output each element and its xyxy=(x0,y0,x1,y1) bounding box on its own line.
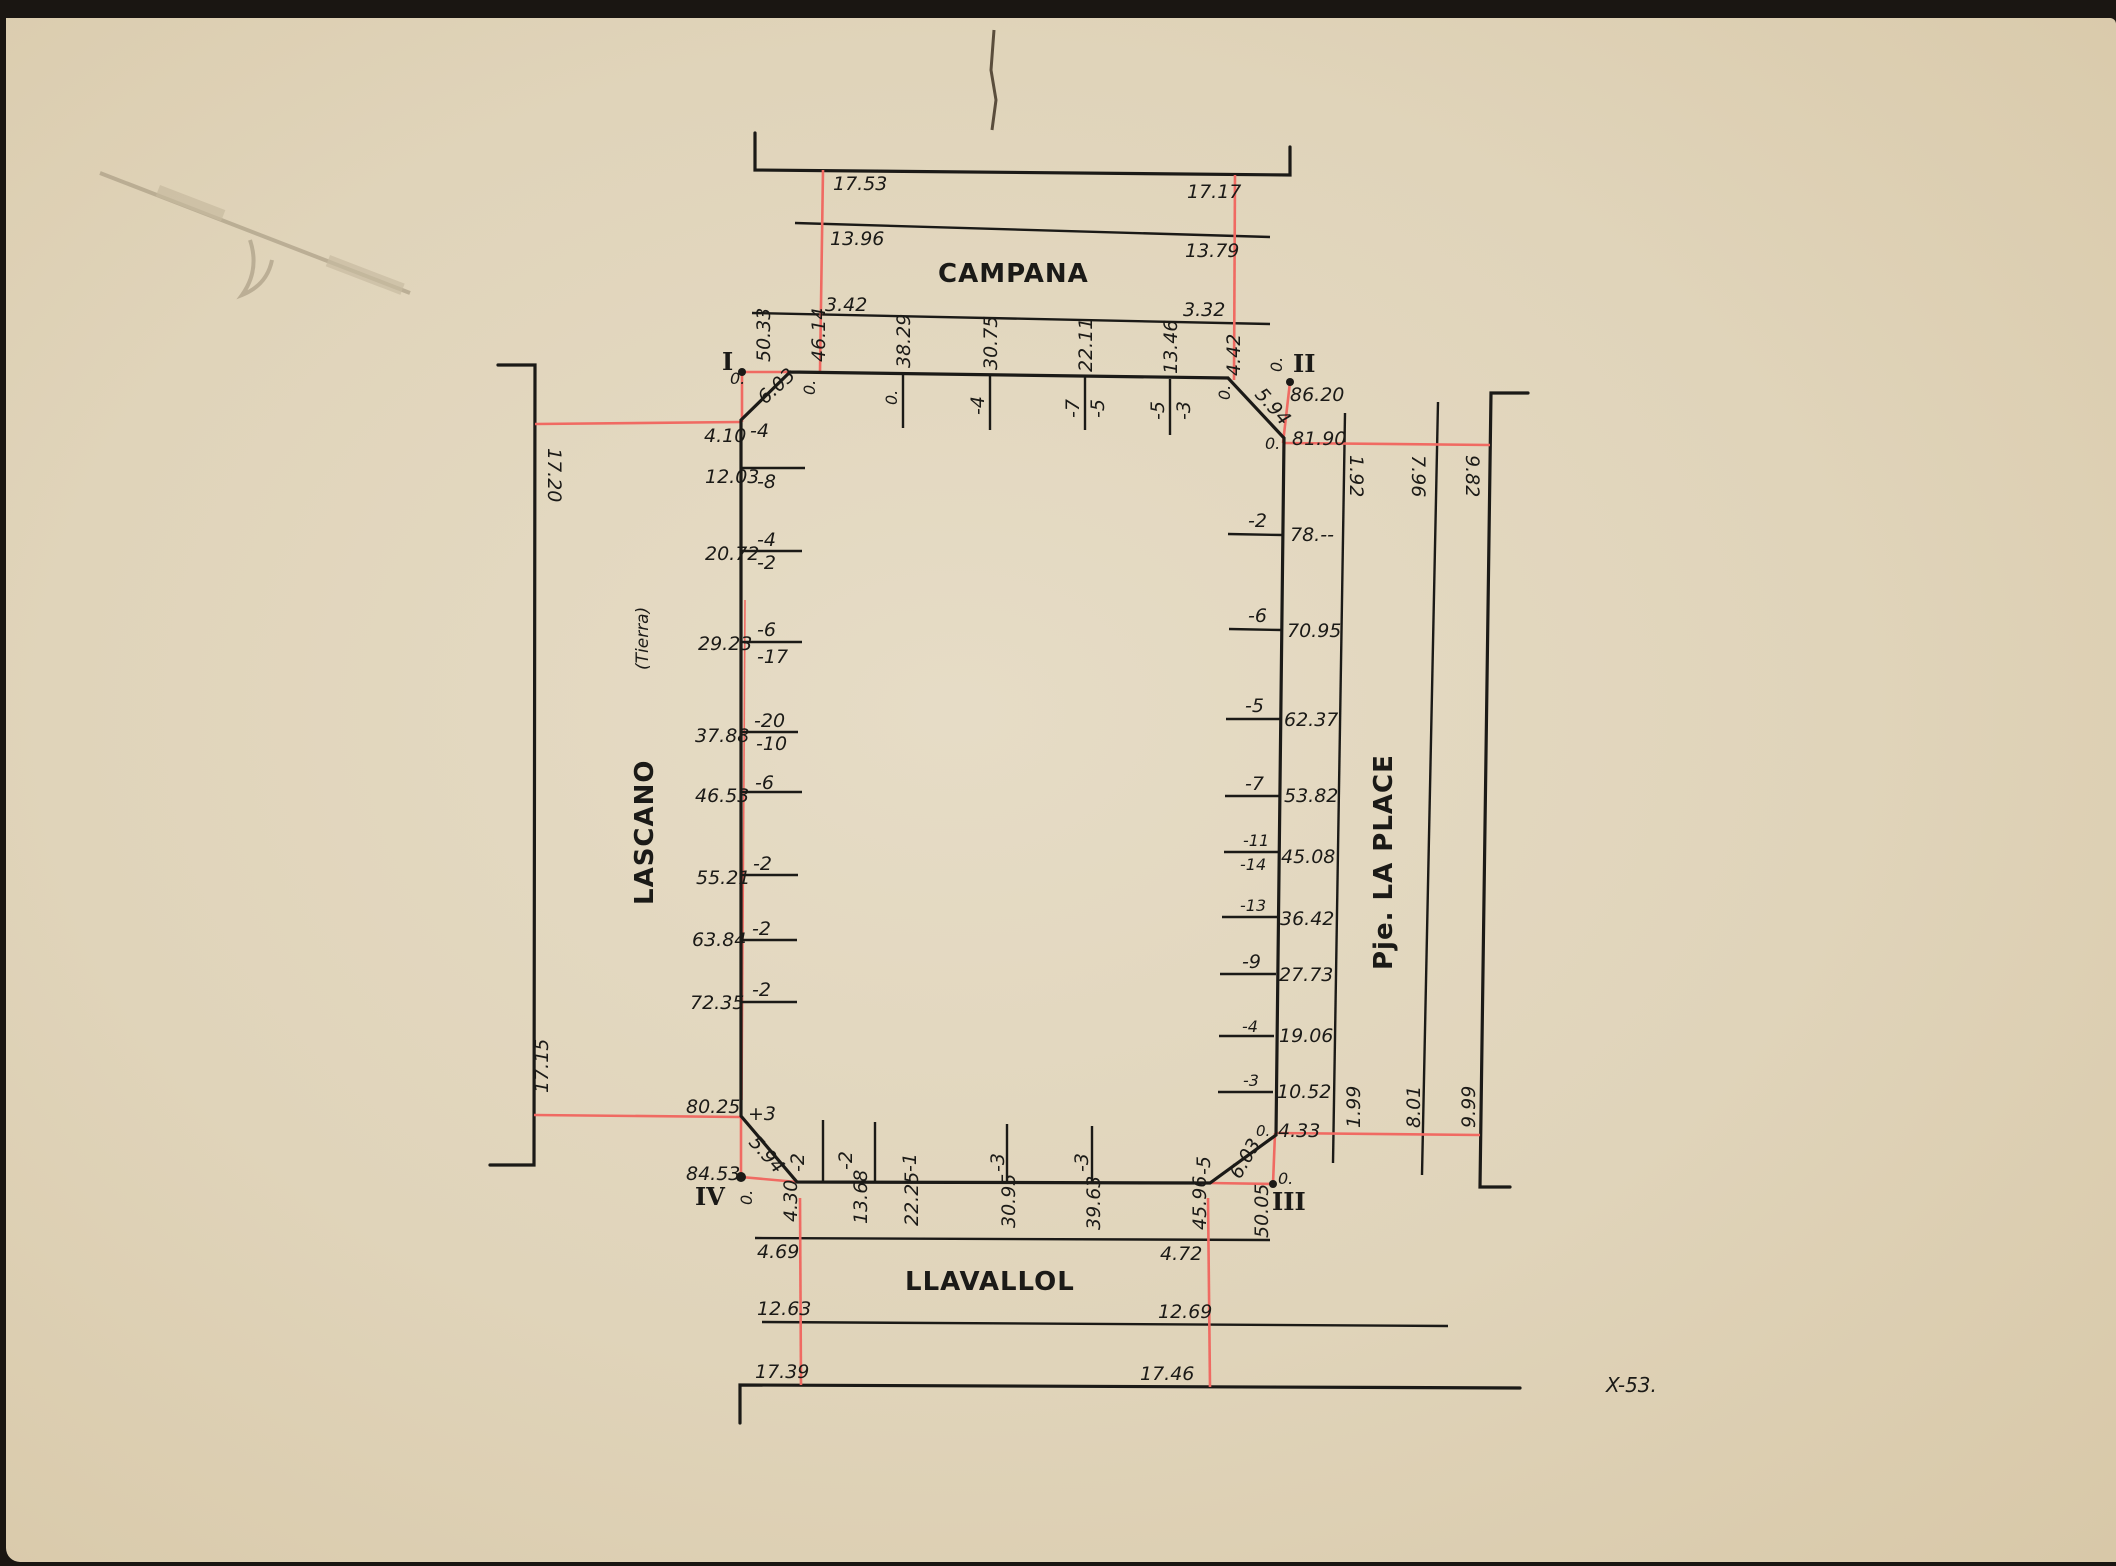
left-side-points: 4.10 -4 12.03 -8 20.72 -4 -2 29.23 -6 -1… xyxy=(686,420,805,1125)
svg-text:50.05: 50.05 xyxy=(1251,1184,1273,1238)
width-label: 13.96 xyxy=(830,228,884,250)
svg-text:-3: -3 xyxy=(1173,401,1195,420)
sheet-code: X-53. xyxy=(1605,1373,1657,1397)
svg-text:-13: -13 xyxy=(1240,896,1266,915)
svg-text:0.: 0. xyxy=(882,390,901,405)
street-campana: 17.53 13.96 3.42 17.17 13.79 3.32 CAMPAN… xyxy=(752,133,1290,380)
svg-text:-5: -5 xyxy=(1245,695,1264,717)
width-label: 4.69 xyxy=(757,1241,799,1263)
svg-text:II: II xyxy=(1293,349,1315,378)
svg-text:-2: -2 xyxy=(752,979,771,1001)
lascano-top-red-line xyxy=(535,422,740,424)
svg-text:37.88: 37.88 xyxy=(695,725,749,747)
svg-text:-20: -20 xyxy=(754,710,785,732)
svg-text:6.03: 6.03 xyxy=(1225,1135,1265,1183)
svg-text:55.21: 55.21 xyxy=(696,867,750,889)
width-label: 8.01 xyxy=(1403,1086,1425,1128)
llavallol-left-red-line xyxy=(800,1198,801,1385)
svg-text:-5: -5 xyxy=(1193,1156,1215,1175)
svg-text:-7: -7 xyxy=(1062,399,1084,418)
svg-text:-8: -8 xyxy=(757,471,776,493)
svg-text:80.25: 80.25 xyxy=(686,1096,740,1118)
svg-text:46.53: 46.53 xyxy=(695,785,749,807)
svg-text:39.63: 39.63 xyxy=(1083,1176,1105,1230)
svg-text:81.90: 81.90 xyxy=(1292,428,1346,450)
la-place-far-curb xyxy=(1480,393,1528,1187)
svg-text:4.10: 4.10 xyxy=(704,425,746,447)
svg-text:13.68: 13.68 xyxy=(850,1170,872,1224)
svg-text:36.42: 36.42 xyxy=(1280,908,1334,930)
svg-text:0.: 0. xyxy=(737,1190,756,1205)
svg-text:4.30: 4.30 xyxy=(780,1180,802,1222)
width-label: 17.46 xyxy=(1140,1363,1194,1385)
campana-far-curb xyxy=(755,133,1290,175)
faint-stamp-mark xyxy=(100,173,410,295)
lascano-far-curb xyxy=(490,365,535,1165)
block-outline xyxy=(736,368,1294,1188)
svg-text:45.08: 45.08 xyxy=(1281,846,1335,868)
svg-text:IV: IV xyxy=(695,1182,725,1211)
svg-text:62.37: 62.37 xyxy=(1284,709,1338,731)
svg-text:-9: -9 xyxy=(1242,951,1261,973)
paper-tear xyxy=(991,30,996,130)
svg-text:30.75: 30.75 xyxy=(980,316,1002,370)
llavallol-far-curb xyxy=(740,1385,1520,1423)
width-label: 12.63 xyxy=(757,1298,811,1320)
svg-text:-2: -2 xyxy=(753,853,772,875)
svg-text:-5: -5 xyxy=(1087,399,1109,418)
svg-text:-5: -5 xyxy=(1147,401,1169,420)
svg-text:46.14: 46.14 xyxy=(808,308,830,362)
street-name-campana: CAMPANA xyxy=(938,259,1089,289)
width-label: 9.99 xyxy=(1458,1086,1480,1128)
svg-text:+3: +3 xyxy=(748,1103,776,1125)
svg-text:50.33: 50.33 xyxy=(753,308,775,362)
svg-text:13.46: 13.46 xyxy=(1160,320,1182,374)
svg-text:-2: -2 xyxy=(787,1153,809,1172)
svg-text:-4: -4 xyxy=(757,529,776,551)
svg-text:-6: -6 xyxy=(757,619,776,641)
svg-text:78.--: 78.-- xyxy=(1290,524,1334,546)
svg-text:45.96: 45.96 xyxy=(1189,1176,1211,1230)
svg-text:22.25: 22.25 xyxy=(901,1172,923,1226)
svg-text:-14: -14 xyxy=(1240,855,1266,874)
bottom-side-points: 4.30 -2 13.68 -2 22.25 -1 30.95 -3 39.63… xyxy=(780,1120,1215,1230)
svg-text:0.: 0. xyxy=(1215,385,1234,400)
svg-text:4.33: 4.33 xyxy=(1278,1120,1320,1142)
width-label: 17.39 xyxy=(755,1361,809,1383)
svg-text:-2: -2 xyxy=(835,1151,857,1170)
corner-IV: IV 0. 84.53 5.94 xyxy=(686,1132,789,1211)
width-label: 13.79 xyxy=(1185,240,1239,262)
svg-text:-4: -4 xyxy=(967,396,989,415)
right-side-points: 81.90 0. 78.-- -2 70.95 -6 62.37 -5 53.8… xyxy=(1218,428,1346,1142)
street-name-lascano: LASCANO xyxy=(630,760,660,905)
svg-text:-4: -4 xyxy=(750,420,769,442)
survey-plan: 17.53 13.96 3.42 17.17 13.79 3.32 CAMPAN… xyxy=(0,0,2116,1566)
svg-text:70.95: 70.95 xyxy=(1287,620,1341,642)
width-label: 1.92 xyxy=(1345,455,1367,497)
svg-text:10.52: 10.52 xyxy=(1277,1081,1331,1103)
corner-III: III 0. 50.05 6.03 xyxy=(1225,1135,1305,1238)
width-label: 17.53 xyxy=(833,173,887,195)
corner-I: I 0. 50.33 6.03 xyxy=(722,308,800,409)
svg-text:12.03: 12.03 xyxy=(705,466,759,488)
svg-text:0.: 0. xyxy=(800,380,819,395)
width-label: 1.99 xyxy=(1343,1086,1365,1128)
width-label: 17.20 xyxy=(543,448,565,502)
svg-text:84.53: 84.53 xyxy=(686,1163,740,1185)
llavallol-mid-line xyxy=(762,1322,1448,1326)
street-lascano: 17.20 17.15 LASCANO (Tierra) xyxy=(490,365,740,1165)
svg-text:-4: -4 xyxy=(1242,1017,1258,1036)
svg-text:-3: -3 xyxy=(1243,1071,1259,1090)
svg-text:53.82: 53.82 xyxy=(1284,785,1338,807)
top-side-points: 46.14 0. 38.29 0. 30.75 -4 22.11 -7 -5 1… xyxy=(800,308,1245,435)
width-label: 4.72 xyxy=(1160,1243,1202,1265)
svg-text:-6: -6 xyxy=(755,772,774,794)
la-place-line-2 xyxy=(1422,402,1438,1175)
svg-text:-2: -2 xyxy=(757,552,776,574)
svg-text:-1: -1 xyxy=(899,1153,921,1172)
svg-text:-11: -11 xyxy=(1243,831,1269,850)
street-name-llavallol: LLAVALLOL xyxy=(905,1267,1075,1297)
width-label: 7.96 xyxy=(1407,455,1429,497)
svg-text:86.20: 86.20 xyxy=(1290,384,1344,406)
width-label: 9.82 xyxy=(1461,455,1483,497)
llavallol-near-curb xyxy=(755,1238,1270,1240)
svg-text:72.35: 72.35 xyxy=(690,992,744,1014)
svg-text:0.: 0. xyxy=(1267,357,1286,372)
svg-text:22.11: 22.11 xyxy=(1075,318,1097,372)
svg-text:-3: -3 xyxy=(987,1153,1009,1172)
svg-text:0.: 0. xyxy=(1256,1122,1270,1140)
svg-text:-2: -2 xyxy=(1248,510,1267,532)
svg-text:38.29: 38.29 xyxy=(893,314,915,368)
svg-text:0.: 0. xyxy=(1278,1169,1293,1188)
svg-text:29.23: 29.23 xyxy=(698,633,752,655)
svg-text:-2: -2 xyxy=(752,918,771,940)
svg-text:5.94: 5.94 xyxy=(744,1132,789,1178)
svg-text:0.: 0. xyxy=(730,369,745,388)
svg-text:-6: -6 xyxy=(1248,605,1267,627)
width-label: 17.17 xyxy=(1187,181,1241,203)
width-label: 12.69 xyxy=(1158,1301,1212,1323)
street-name-la-place: Pje. LA PLACE xyxy=(1369,754,1399,970)
street-note-tierra: (Tierra) xyxy=(633,607,653,670)
svg-text:20.72: 20.72 xyxy=(705,543,759,565)
svg-text:27.73: 27.73 xyxy=(1279,964,1333,986)
svg-text:63.84: 63.84 xyxy=(692,929,746,951)
svg-text:III: III xyxy=(1272,1187,1306,1216)
svg-text:30.95: 30.95 xyxy=(998,1174,1020,1228)
svg-text:0.: 0. xyxy=(1265,434,1280,453)
svg-text:-10: -10 xyxy=(756,733,787,755)
svg-text:-17: -17 xyxy=(757,646,788,668)
svg-text:19.06: 19.06 xyxy=(1279,1025,1333,1047)
width-label: 3.32 xyxy=(1183,299,1225,321)
width-label: 3.42 xyxy=(825,294,867,316)
width-label: 17.15 xyxy=(531,1039,553,1093)
svg-text:-3: -3 xyxy=(1071,1153,1093,1172)
street-llavallol: 4.69 12.63 17.39 4.72 12.69 17.46 LLAVAL… xyxy=(740,1198,1520,1423)
svg-text:4.42: 4.42 xyxy=(1223,334,1245,376)
svg-text:-7: -7 xyxy=(1245,773,1264,795)
